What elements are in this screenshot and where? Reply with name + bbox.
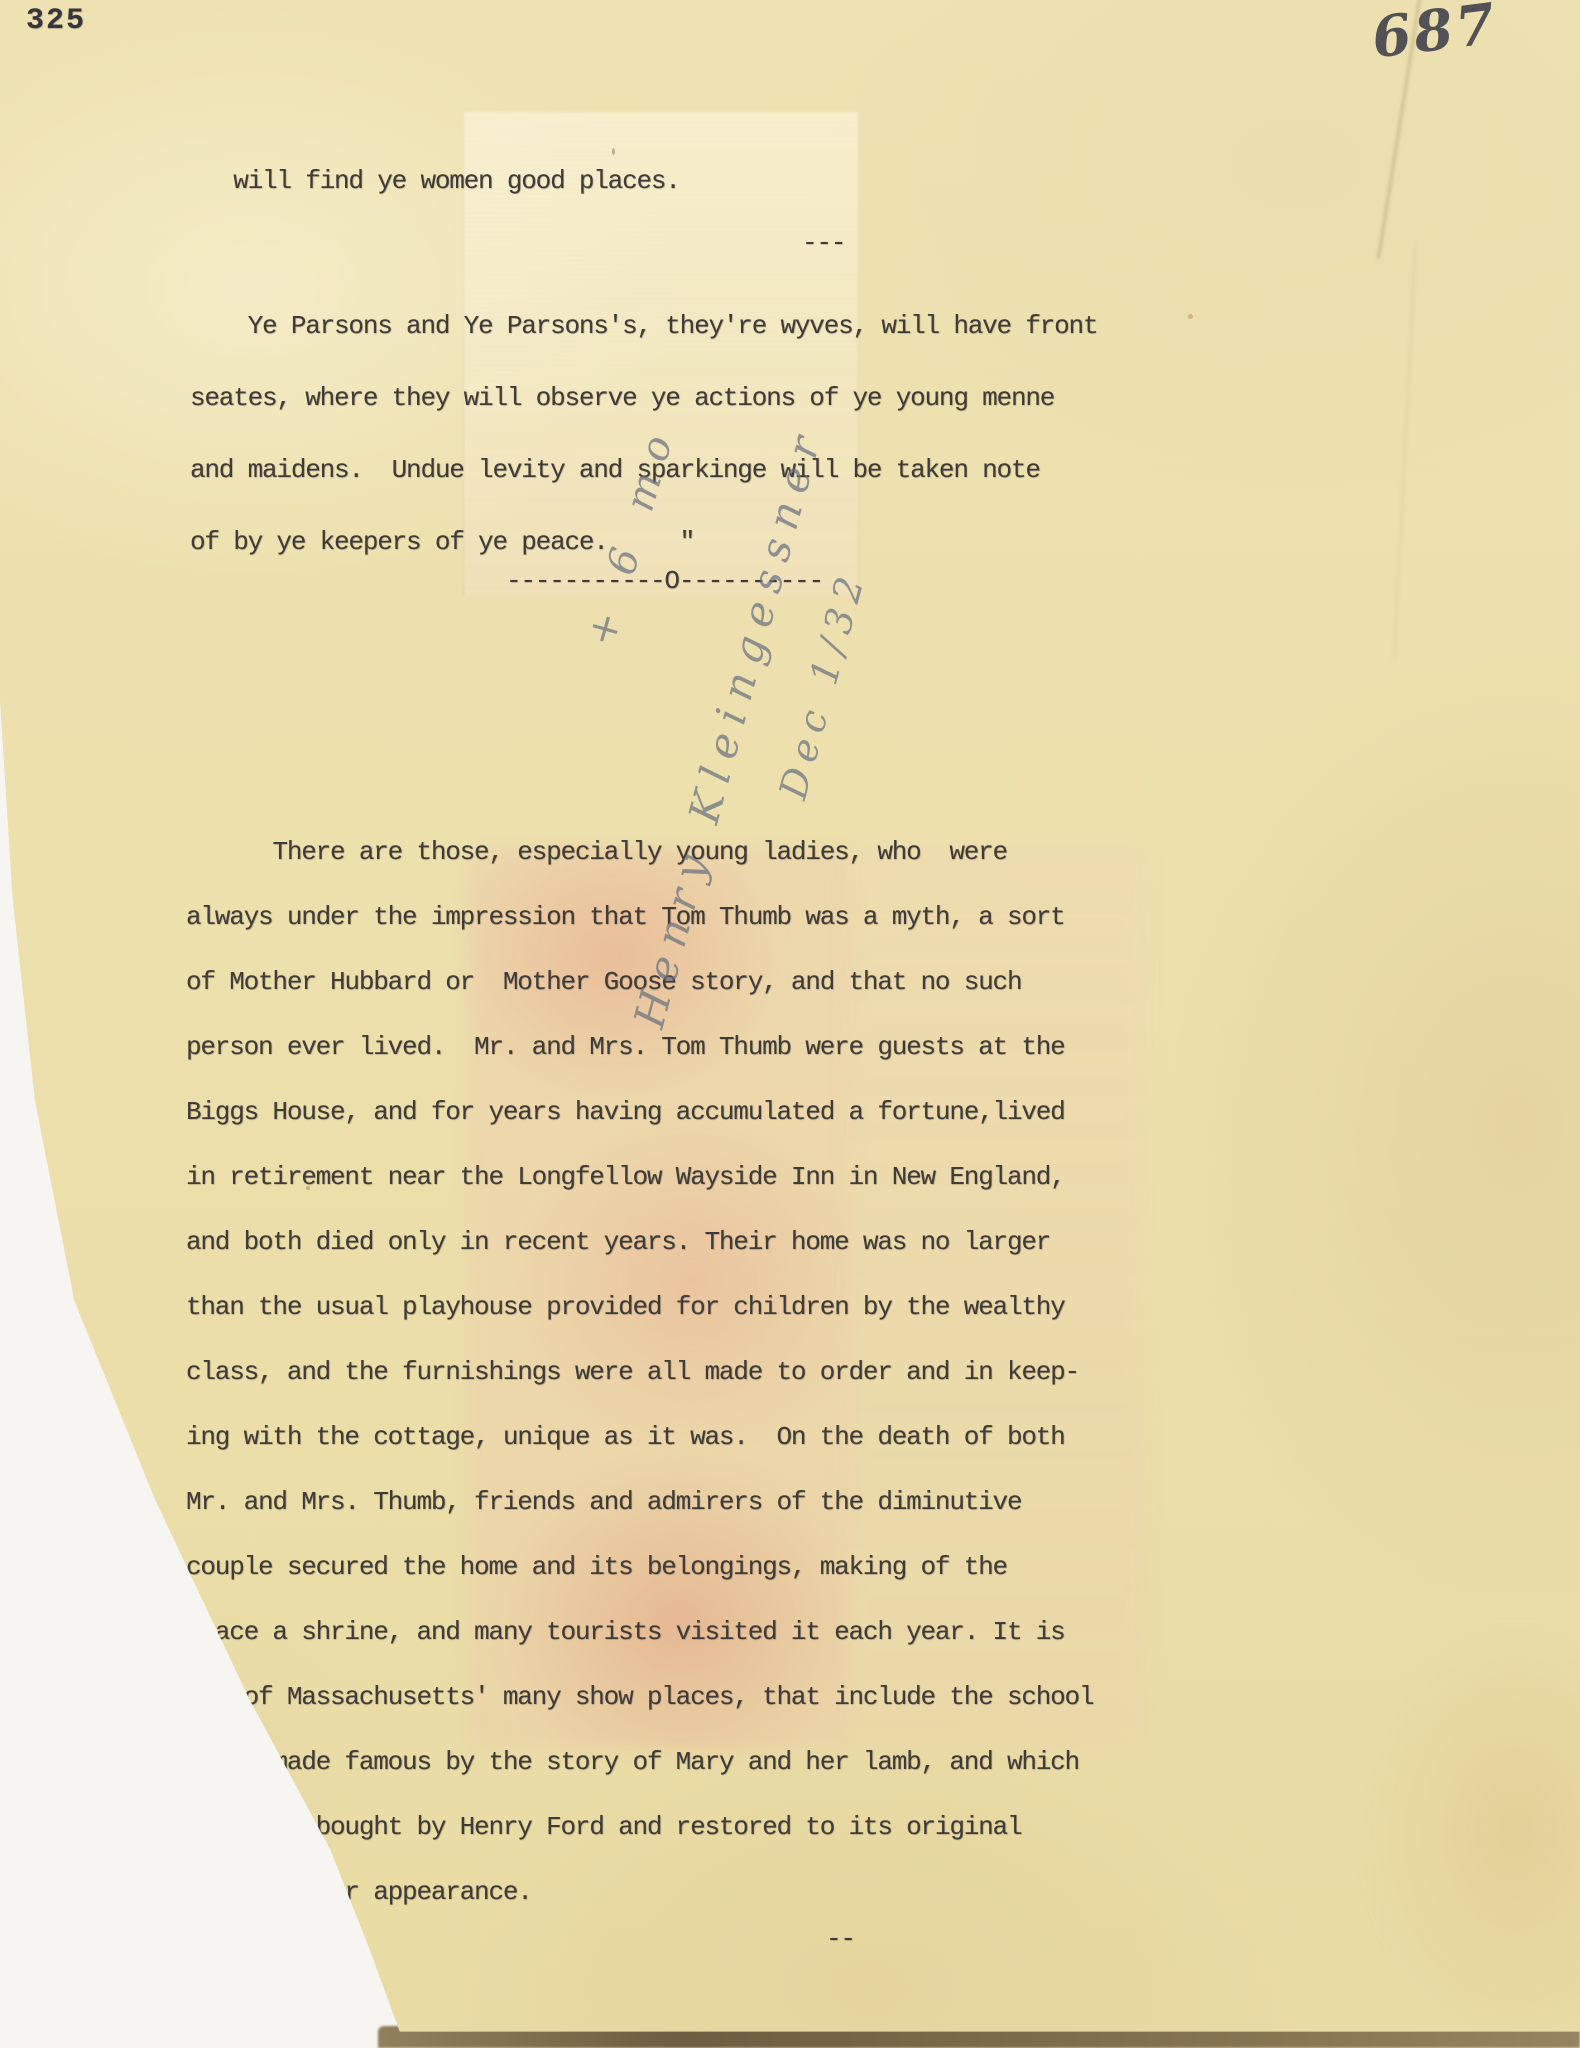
handwritten-page-number: 687 <box>1368 0 1501 71</box>
scanned-document-page: 325 687 will find ye women good places. … <box>0 0 1580 2048</box>
paper-speck <box>1188 314 1193 319</box>
fold-crease-right <box>1393 240 1417 660</box>
typewritten-short-divider: --- <box>802 228 845 258</box>
archive-number-top-left: 325 <box>26 4 86 38</box>
typewritten-opening-line: will find ye women good places. <box>190 166 680 196</box>
bottom-right-stain <box>1360 1620 1580 2040</box>
paper-speck <box>612 148 615 155</box>
typewritten-end-mark: -- <box>826 1924 855 1954</box>
